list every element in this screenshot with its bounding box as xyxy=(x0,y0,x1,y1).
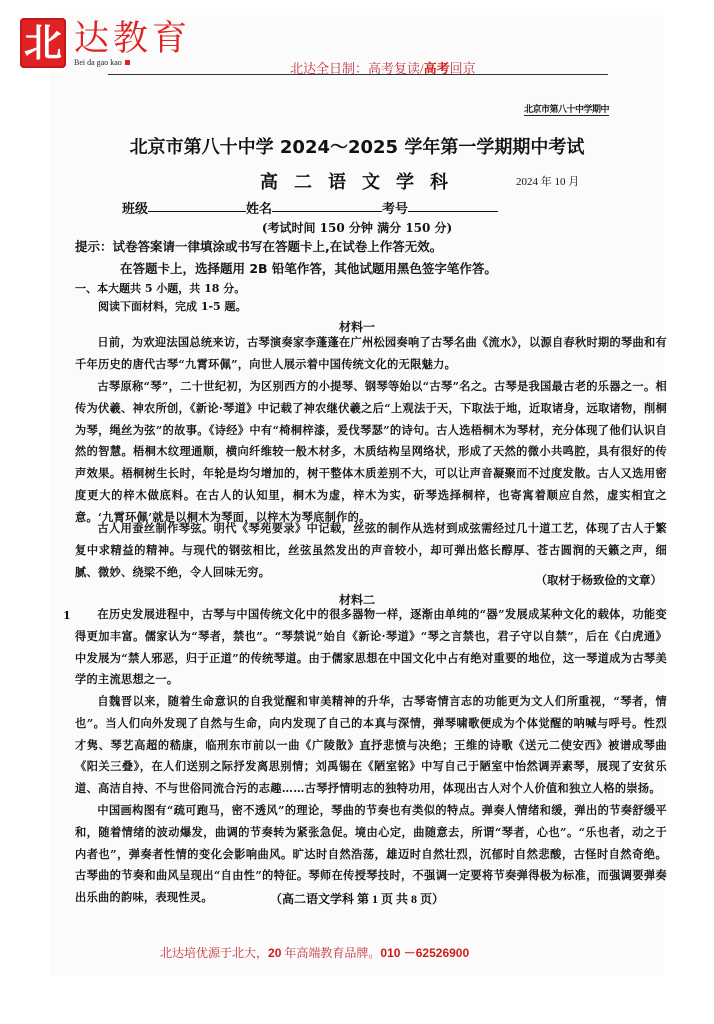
logo-name: 达教育 xyxy=(74,18,191,60)
exam-duration-info: (考试时间 150 分钟 满分 150 分) xyxy=(0,219,714,236)
exam-title: 北京市第八十中学 2024～2025 学年第一学期期中考试 xyxy=(0,133,714,159)
exam-subject: 高二语文学科 xyxy=(260,168,464,194)
brand-logo: 北 达教育 Bei da gao kao xyxy=(20,18,191,68)
name-field[interactable] xyxy=(272,198,382,212)
material-2-paragraph: 在历史发展进程中，古琴与中国传统文化中的很多器物一样，逐渐由单纯的“器”发展成某… xyxy=(75,604,667,691)
name-label: 姓名 xyxy=(246,198,272,217)
exam-date: 2024 年 10 月 xyxy=(516,173,579,189)
margin-mark: 1 xyxy=(63,609,71,622)
footer-advert: 北达培优源于北大，20 年高端教育品牌。010 －62526900 xyxy=(160,944,469,961)
logo-seal-icon: 北 xyxy=(20,18,66,68)
material-1-paragraph: 日前，为欢迎法国总统来访，古琴演奏家李蓬蓬在广州松园奏响了古琴名曲《流水》，以源… xyxy=(75,332,667,376)
notice-line-2: 在答题卡上，选择题用 2B 铅笔作答，其他试题用黑色签字笔作答。 xyxy=(120,259,497,279)
page-number: （高二语文学科 第 1 页 共 8 页） xyxy=(0,890,714,907)
notice-line-1: 提示：试卷答案请一律填涂或书写在答题卡上,在试卷上作答无效。 xyxy=(75,237,442,257)
square-icon xyxy=(125,60,130,65)
class-label: 班级 xyxy=(122,198,148,217)
material-1-paragraph: 古琴原称“琴”，二十世纪初，为区别西方的小提琴、钢琴等始以“古琴”名之。古琴是我… xyxy=(75,376,667,529)
student-info-fields: 班级 姓名 考号 xyxy=(122,198,498,217)
class-field[interactable] xyxy=(148,198,246,212)
section-heading: 一、本大题共 5 小题，共 18 分。 xyxy=(75,279,245,299)
header-divider xyxy=(108,74,608,75)
material-2-paragraph: 自魏晋以来，随着生命意识的自我觉醒和审美精神的升华，古琴寄情言志的功能更为文人们… xyxy=(75,691,667,800)
exam-number-label: 考号 xyxy=(382,198,408,217)
material-1-source: （取材于杨致俭的文章） xyxy=(536,572,663,588)
exam-number-field[interactable] xyxy=(408,198,498,212)
school-stamp: 北京市第八十中学期中 xyxy=(524,102,609,116)
section-instruction: 阅读下面材料，完成 1-5 题。 xyxy=(98,297,247,317)
